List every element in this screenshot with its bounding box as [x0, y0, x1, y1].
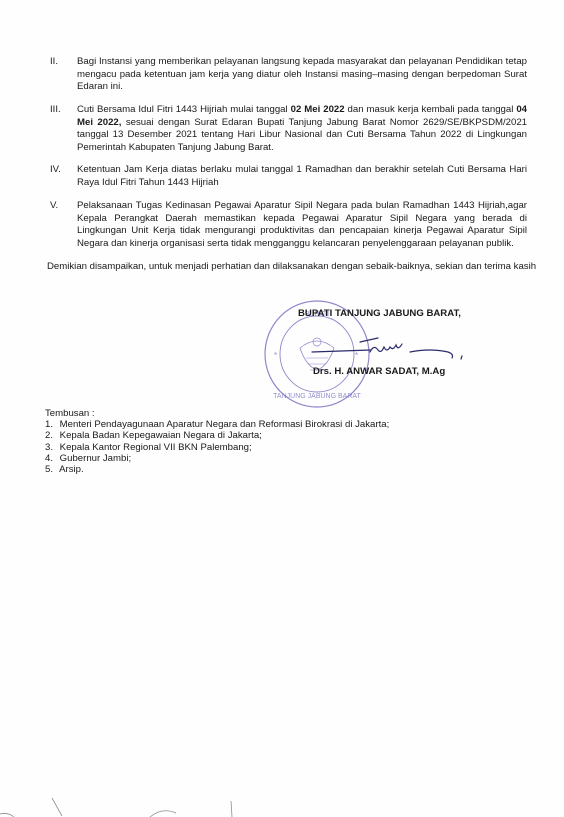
point-text: Cuti Bersama Idul Fitri 1443 Hijriah mul… [77, 104, 527, 154]
cc-label: Tembusan : [45, 408, 389, 419]
point-numeral: III. [50, 104, 74, 117]
point-numeral: V. [50, 200, 74, 213]
cc-item: 3. Kepala Kantor Regional VII BKN Palemb… [45, 442, 389, 453]
point-text: Ketentuan Jam Kerja diatas berlaku mulai… [77, 164, 527, 189]
point-numeral: IV. [50, 164, 74, 177]
point-numeral: II. [50, 56, 74, 69]
closing-paragraph: Demikian disampaikan, untuk menjadi perh… [47, 256, 537, 278]
point-text: Pelaksanaan Tugas Kedinasan Pegawai Apar… [77, 200, 527, 250]
cc-item: 4. Gubernur Jambi; [45, 453, 389, 464]
carbon-copy-section: Tembusan : 1. Menteri Pendayagunaan Apar… [45, 408, 389, 475]
signature-block: * * TANJUNG JABUNG BARAT BUPATI BUPATI T… [250, 288, 470, 418]
cc-item: 5. Arsip. [45, 464, 389, 475]
point-text: Bagi Instansi yang memberikan pelayanan … [77, 56, 527, 94]
start-date: 02 Mei 2022 [291, 104, 345, 115]
cc-item: 2. Kepala Badan Kepegawaian Negara di Ja… [45, 430, 389, 441]
cc-item: 1. Menteri Pendayagunaan Aparatur Negara… [45, 419, 389, 430]
signatory-title: BUPATI TANJUNG JABUNG BARAT, [298, 308, 461, 319]
svg-text:*: * [274, 351, 277, 360]
svg-text:TANJUNG JABUNG BARAT: TANJUNG JABUNG BARAT [273, 393, 361, 400]
signatory-name: Drs. H. ANWAR SADAT, M.Ag [313, 366, 445, 377]
handwritten-signature-icon [310, 334, 470, 364]
document-page: II. Bagi Instansi yang memberikan pelaya… [0, 0, 564, 817]
scan-marks-icon [0, 790, 564, 817]
cc-list: 1. Menteri Pendayagunaan Aparatur Negara… [45, 419, 389, 475]
